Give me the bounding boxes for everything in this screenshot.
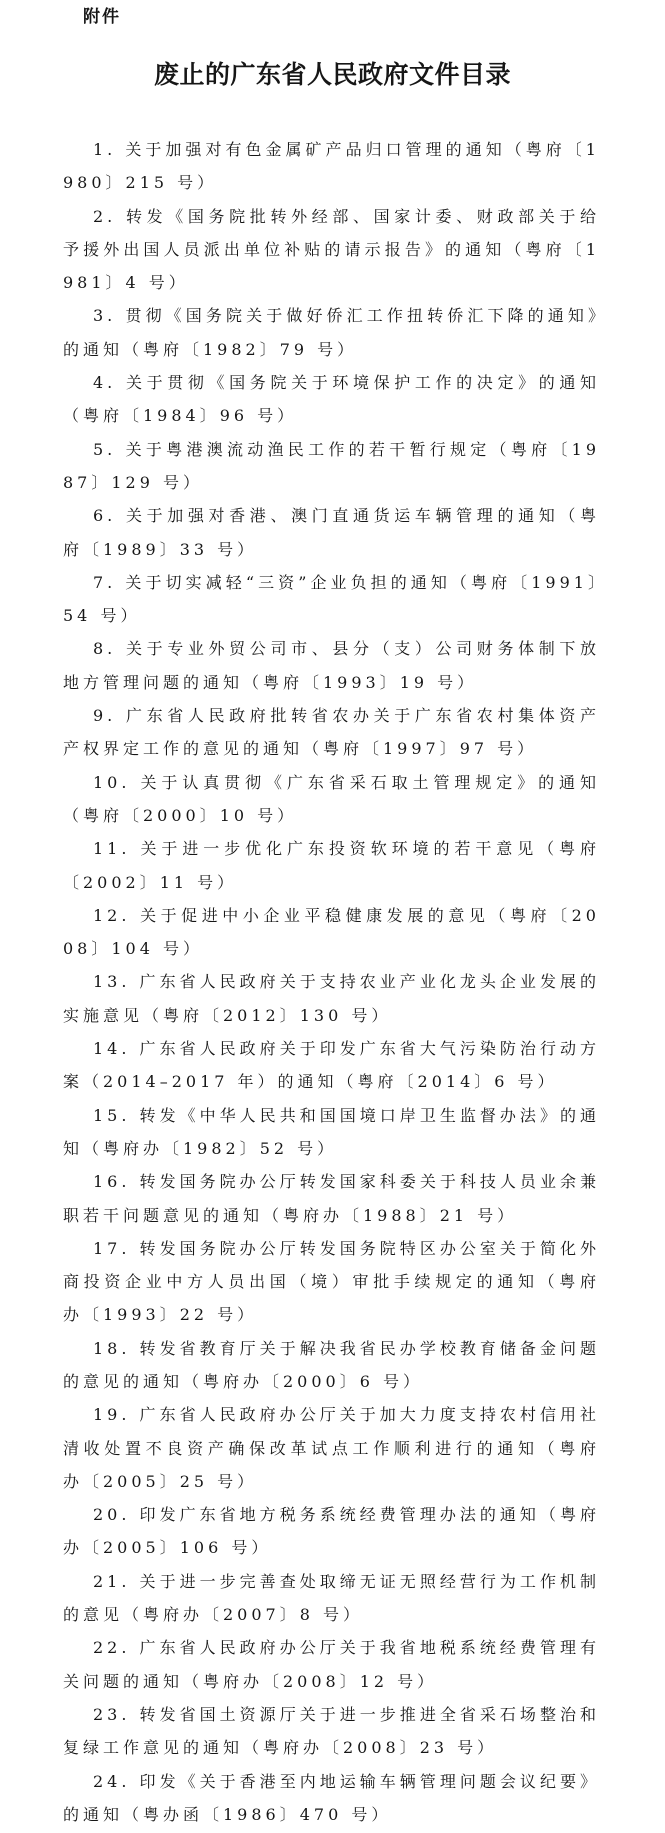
catalog-item: 18. 转发省教育厅关于解决我省民办学校教育储备金问题的意见的通知（粤府办〔20… [63, 1332, 600, 1399]
catalog-item: 3. 贯彻《国务院关于做好侨汇工作扭转侨汇下降的通知》的通知（粤府〔1982〕7… [63, 299, 600, 366]
catalog-item: 10. 关于认真贯彻《广东省采石取土管理规定》的通知（粤府〔2000〕10 号） [63, 766, 600, 833]
document-title: 废止的广东省人民政府文件目录 [0, 57, 665, 93]
document-page: 附件 废止的广东省人民政府文件目录 1. 关于加强对有色金属矿产品归口管理的通知… [0, 0, 665, 1833]
catalog-item: 8. 关于专业外贸公司市、县分（支）公司财务体制下放地方管理问题的通知（粤府〔1… [63, 632, 600, 699]
catalog-item: 13. 广东省人民政府关于支持农业产业化龙头企业发展的实施意见（粤府〔2012〕… [63, 965, 600, 1032]
catalog-list: 1. 关于加强对有色金属矿产品归口管理的通知（粤府〔1980〕215 号）2. … [63, 133, 600, 1831]
catalog-item: 12. 关于促进中小企业平稳健康发展的意见（粤府〔2008〕104 号） [63, 899, 600, 966]
catalog-item: 19. 广东省人民政府办公厅关于加大力度支持农村信用社清收处置不良资产确保改革试… [63, 1398, 600, 1498]
catalog-item: 20. 印发广东省地方税务系统经费管理办法的通知（粤府办〔2005〕106 号） [63, 1498, 600, 1565]
catalog-item: 14. 广东省人民政府关于印发广东省大气污染防治行动方案（2014–2017 年… [63, 1032, 600, 1099]
catalog-item: 17. 转发国务院办公厅转发国务院特区办公室关于简化外商投资企业中方人员出国（境… [63, 1232, 600, 1332]
catalog-item: 21. 关于进一步完善查处取缔无证无照经营行为工作机制的意见（粤府办〔2007〕… [63, 1565, 600, 1632]
catalog-item: 23. 转发省国土资源厅关于进一步推进全省采石场整治和复绿工作意见的通知（粤府办… [63, 1698, 600, 1765]
catalog-item: 7. 关于切实减轻“三资”企业负担的通知（粤府〔1991〕54 号） [63, 566, 600, 633]
attachment-label: 附件 [83, 2, 121, 27]
catalog-item: 2. 转发《国务院批转外经部、国家计委、财政部关于给予援外出国人员派出单位补贴的… [63, 200, 600, 300]
catalog-item: 22. 广东省人民政府办公厅关于我省地税系统经费管理有关问题的通知（粤府办〔20… [63, 1631, 600, 1698]
catalog-item: 4. 关于贯彻《国务院关于环境保护工作的决定》的通知（粤府〔1984〕96 号） [63, 366, 600, 433]
catalog-item: 24. 印发《关于香港至内地运输车辆管理问题会议纪要》的通知（粤办函〔1986〕… [63, 1765, 600, 1832]
catalog-item: 15. 转发《中华人民共和国国境口岸卫生监督办法》的通知（粤府办〔1982〕52… [63, 1099, 600, 1166]
catalog-item: 16. 转发国务院办公厅转发国家科委关于科技人员业余兼职若干问题意见的通知（粤府… [63, 1165, 600, 1232]
catalog-item: 11. 关于进一步优化广东投资软环境的若干意见（粤府〔2002〕11 号） [63, 832, 600, 899]
catalog-item: 1. 关于加强对有色金属矿产品归口管理的通知（粤府〔1980〕215 号） [63, 133, 600, 200]
catalog-item: 5. 关于粤港澳流动渔民工作的若干暂行规定（粤府〔1987〕129 号） [63, 433, 600, 500]
catalog-item: 6. 关于加强对香港、澳门直通货运车辆管理的通知（粤府〔1989〕33 号） [63, 499, 600, 566]
catalog-item: 9. 广东省人民政府批转省农办关于广东省农村集体资产产权界定工作的意见的通知（粤… [63, 699, 600, 766]
